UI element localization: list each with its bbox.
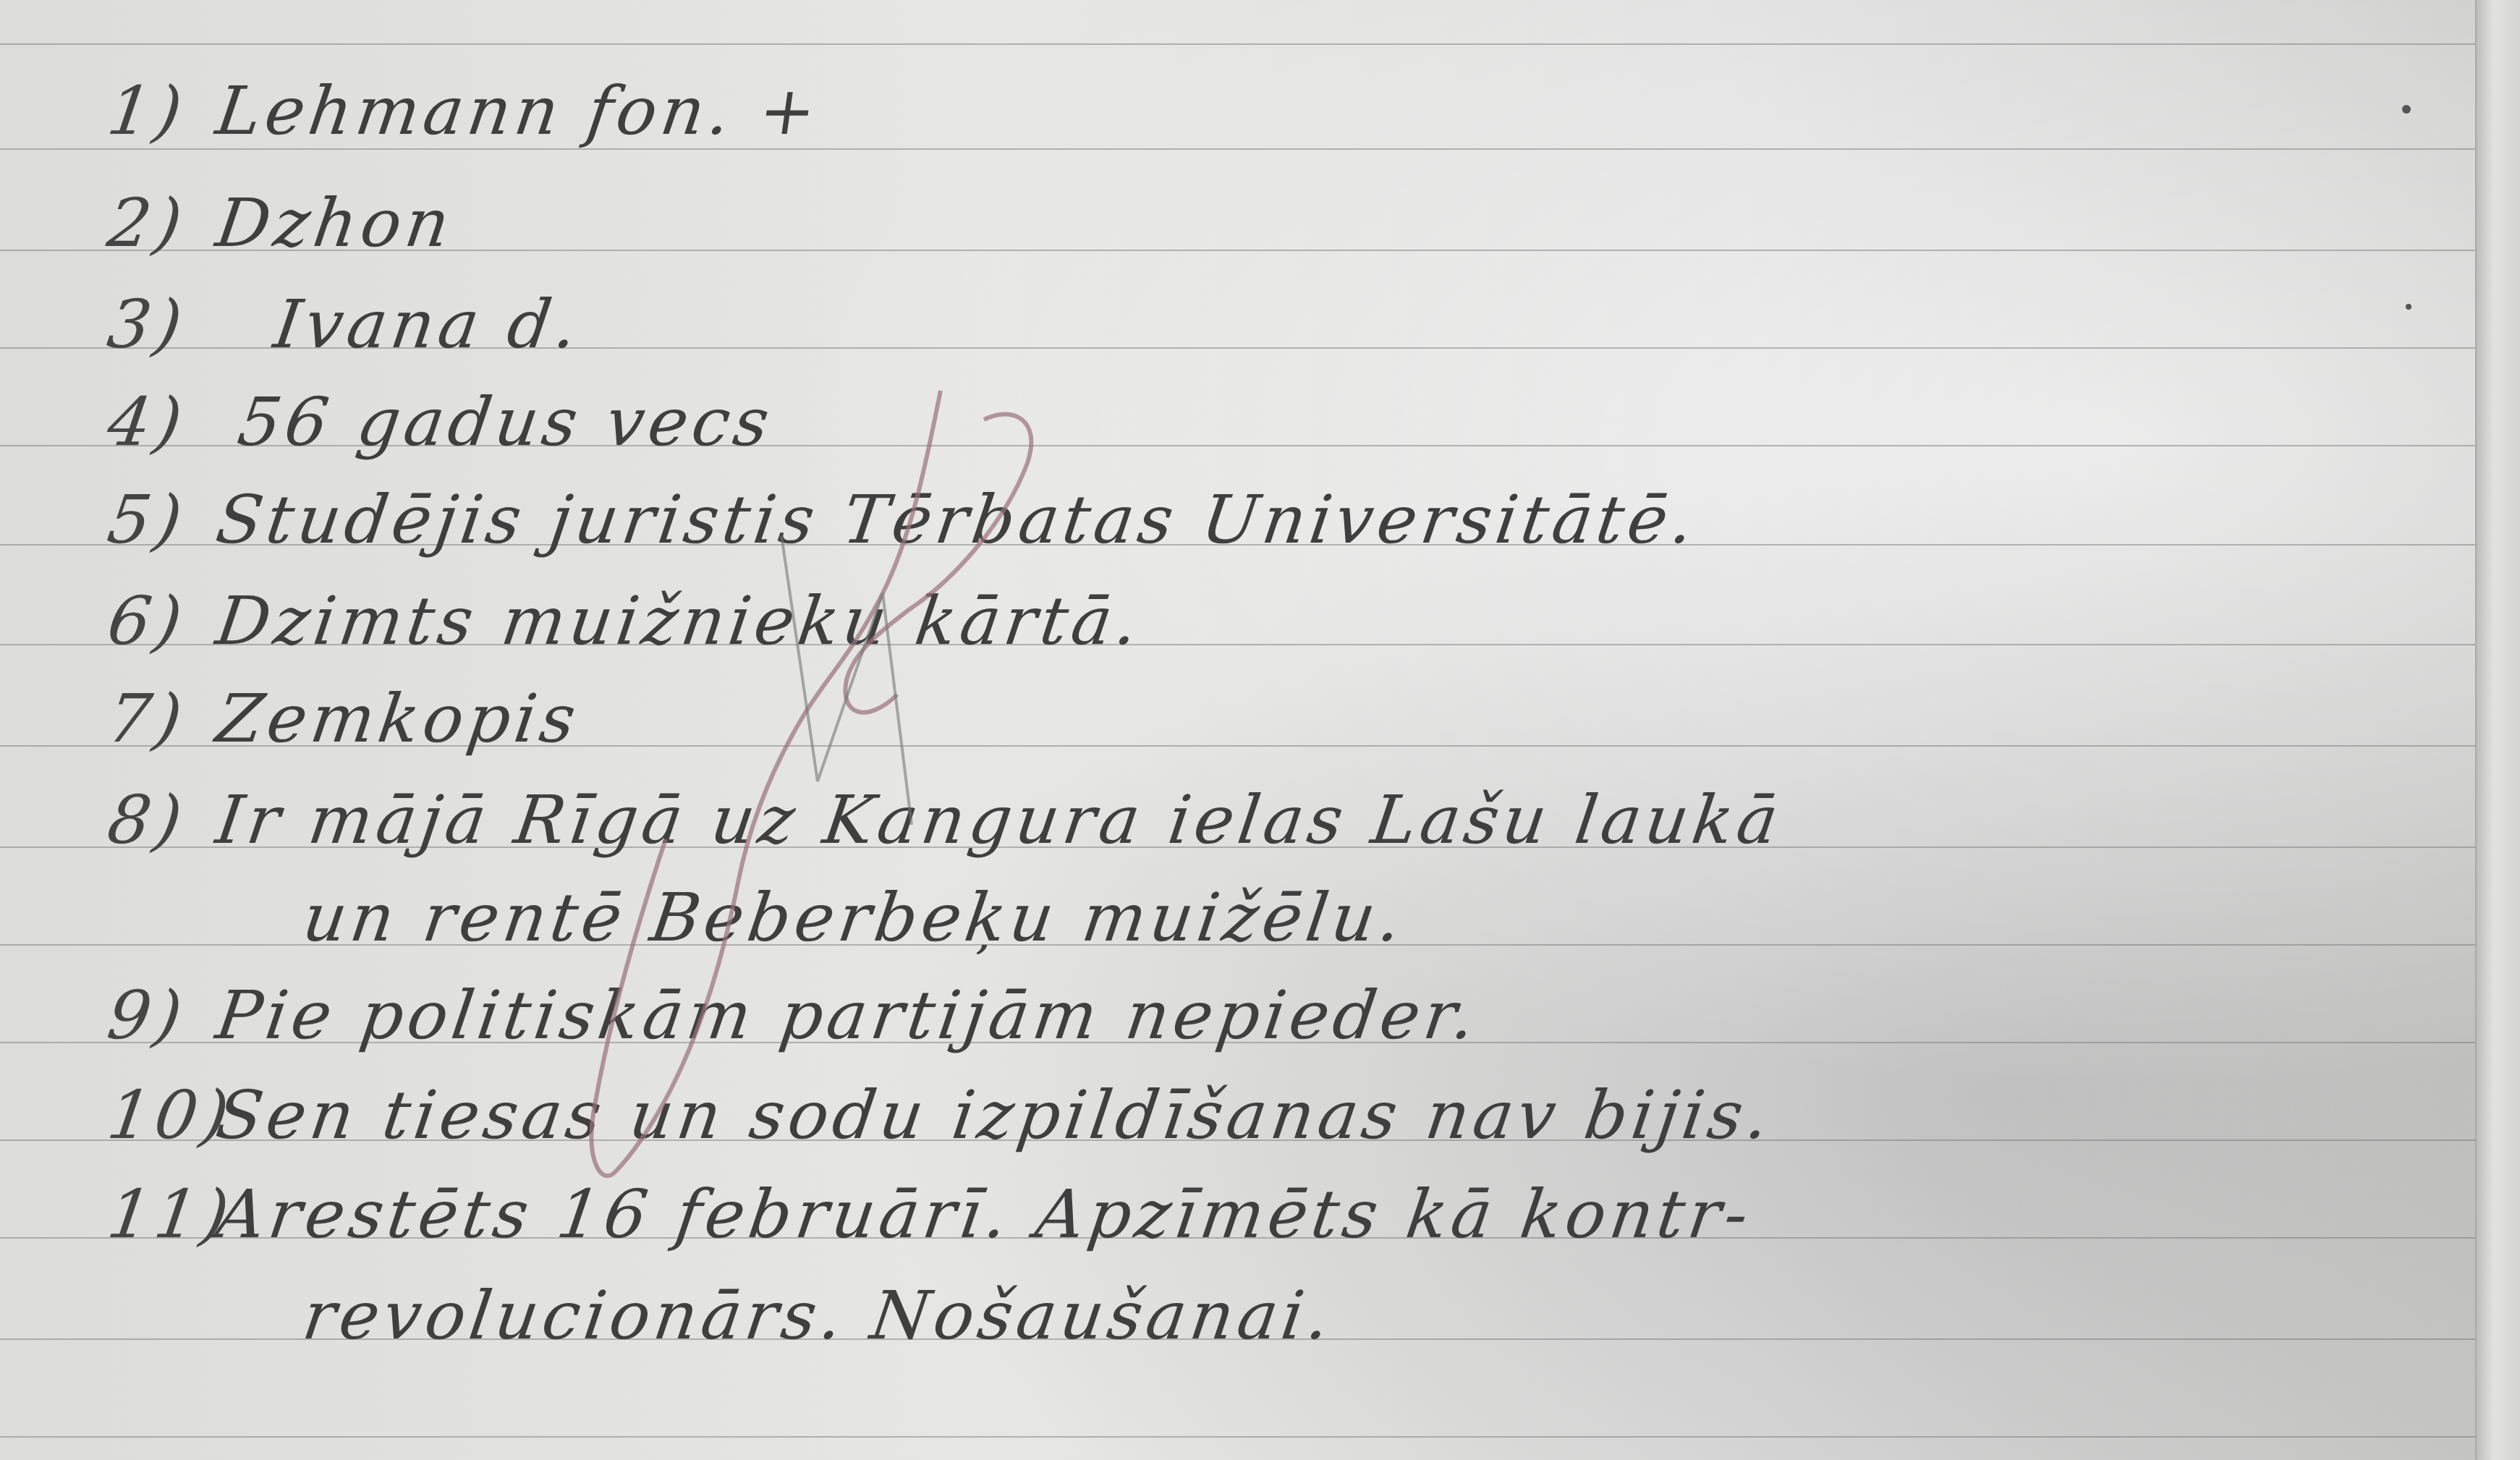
entry-number: 10) [103, 1077, 222, 1154]
entry-number: 7) [103, 680, 222, 757]
entry-number: 1) [103, 72, 222, 150]
ink-dot [2402, 105, 2411, 114]
ink-dot [2406, 304, 2411, 310]
entry-line-7: 7)Zemkopis [211, 680, 584, 757]
entry-text: 56 gadus vecs [233, 383, 778, 461]
entry-number: 9) [103, 977, 222, 1054]
document-page: 1)Lehmann fon. + 2)Dzhon 3)Ivana d. 4)56… [0, 0, 2489, 1460]
entry-line-11-continued: revolucionārs. Nošaušanai. [298, 1277, 1339, 1354]
entry-line-1: 1)Lehmann fon. + [211, 72, 825, 150]
entry-number: 11) [103, 1176, 222, 1253]
entry-text: revolucionārs. Nošaušanai. [298, 1277, 1339, 1354]
adjacent-page-edge [2475, 0, 2520, 1460]
entry-text: Pie politiskām partijām nepieder. [211, 977, 1484, 1054]
entry-line-11: 11)Arestēts 16 februārī. Apzīmēts kā kon… [211, 1176, 1757, 1253]
entry-text: Zemkopis [211, 680, 584, 757]
entry-line-10: 10)Sen tiesas un sodu izpildīšanas nav b… [211, 1077, 1778, 1154]
entry-number: 2) [103, 184, 222, 262]
entry-text: Sen tiesas un sodu izpildīšanas nav biji… [211, 1077, 1778, 1154]
ruled-line [0, 1436, 2489, 1438]
entry-text: Dzimts muižnieku kārtā. [211, 582, 1147, 660]
entry-number: 5) [103, 481, 222, 559]
entry-text: Arestēts 16 februārī. Apzīmēts kā kontr- [211, 1176, 1757, 1253]
entry-number: 4) [103, 383, 222, 461]
entry-number: 6) [103, 582, 222, 660]
entry-text: Dzhon [211, 184, 458, 262]
entry-line-8-continued: un rentē Beberbeķu muižēlu. [298, 879, 1410, 956]
entry-number: 3) [103, 286, 222, 363]
entry-line-8: 8)Ir mājā Rīgā uz Kangura ielas Lašu lau… [211, 781, 1786, 859]
entry-line-2: 2)Dzhon [211, 184, 458, 262]
entry-text: Ivana d. [269, 286, 586, 363]
entry-text: Ir mājā Rīgā uz Kangura ielas Lašu laukā [211, 781, 1786, 859]
entry-line-3: 3)Ivana d. [211, 286, 586, 363]
entry-number: 8) [103, 781, 222, 859]
entry-line-6: 6)Dzimts muižnieku kārtā. [211, 582, 1147, 660]
entry-line-4: 4)56 gadus vecs [211, 383, 778, 461]
entry-text: un rentē Beberbeķu muižēlu. [298, 879, 1410, 956]
entry-line-9: 9)Pie politiskām partijām nepieder. [211, 977, 1484, 1054]
entry-text: Studējis juristis Tērbatas Universitātē. [211, 481, 1702, 559]
entry-line-5: 5)Studējis juristis Tērbatas Universitāt… [211, 481, 1702, 559]
entry-text: Lehmann fon. + [211, 72, 825, 150]
ruled-line [0, 43, 2489, 45]
